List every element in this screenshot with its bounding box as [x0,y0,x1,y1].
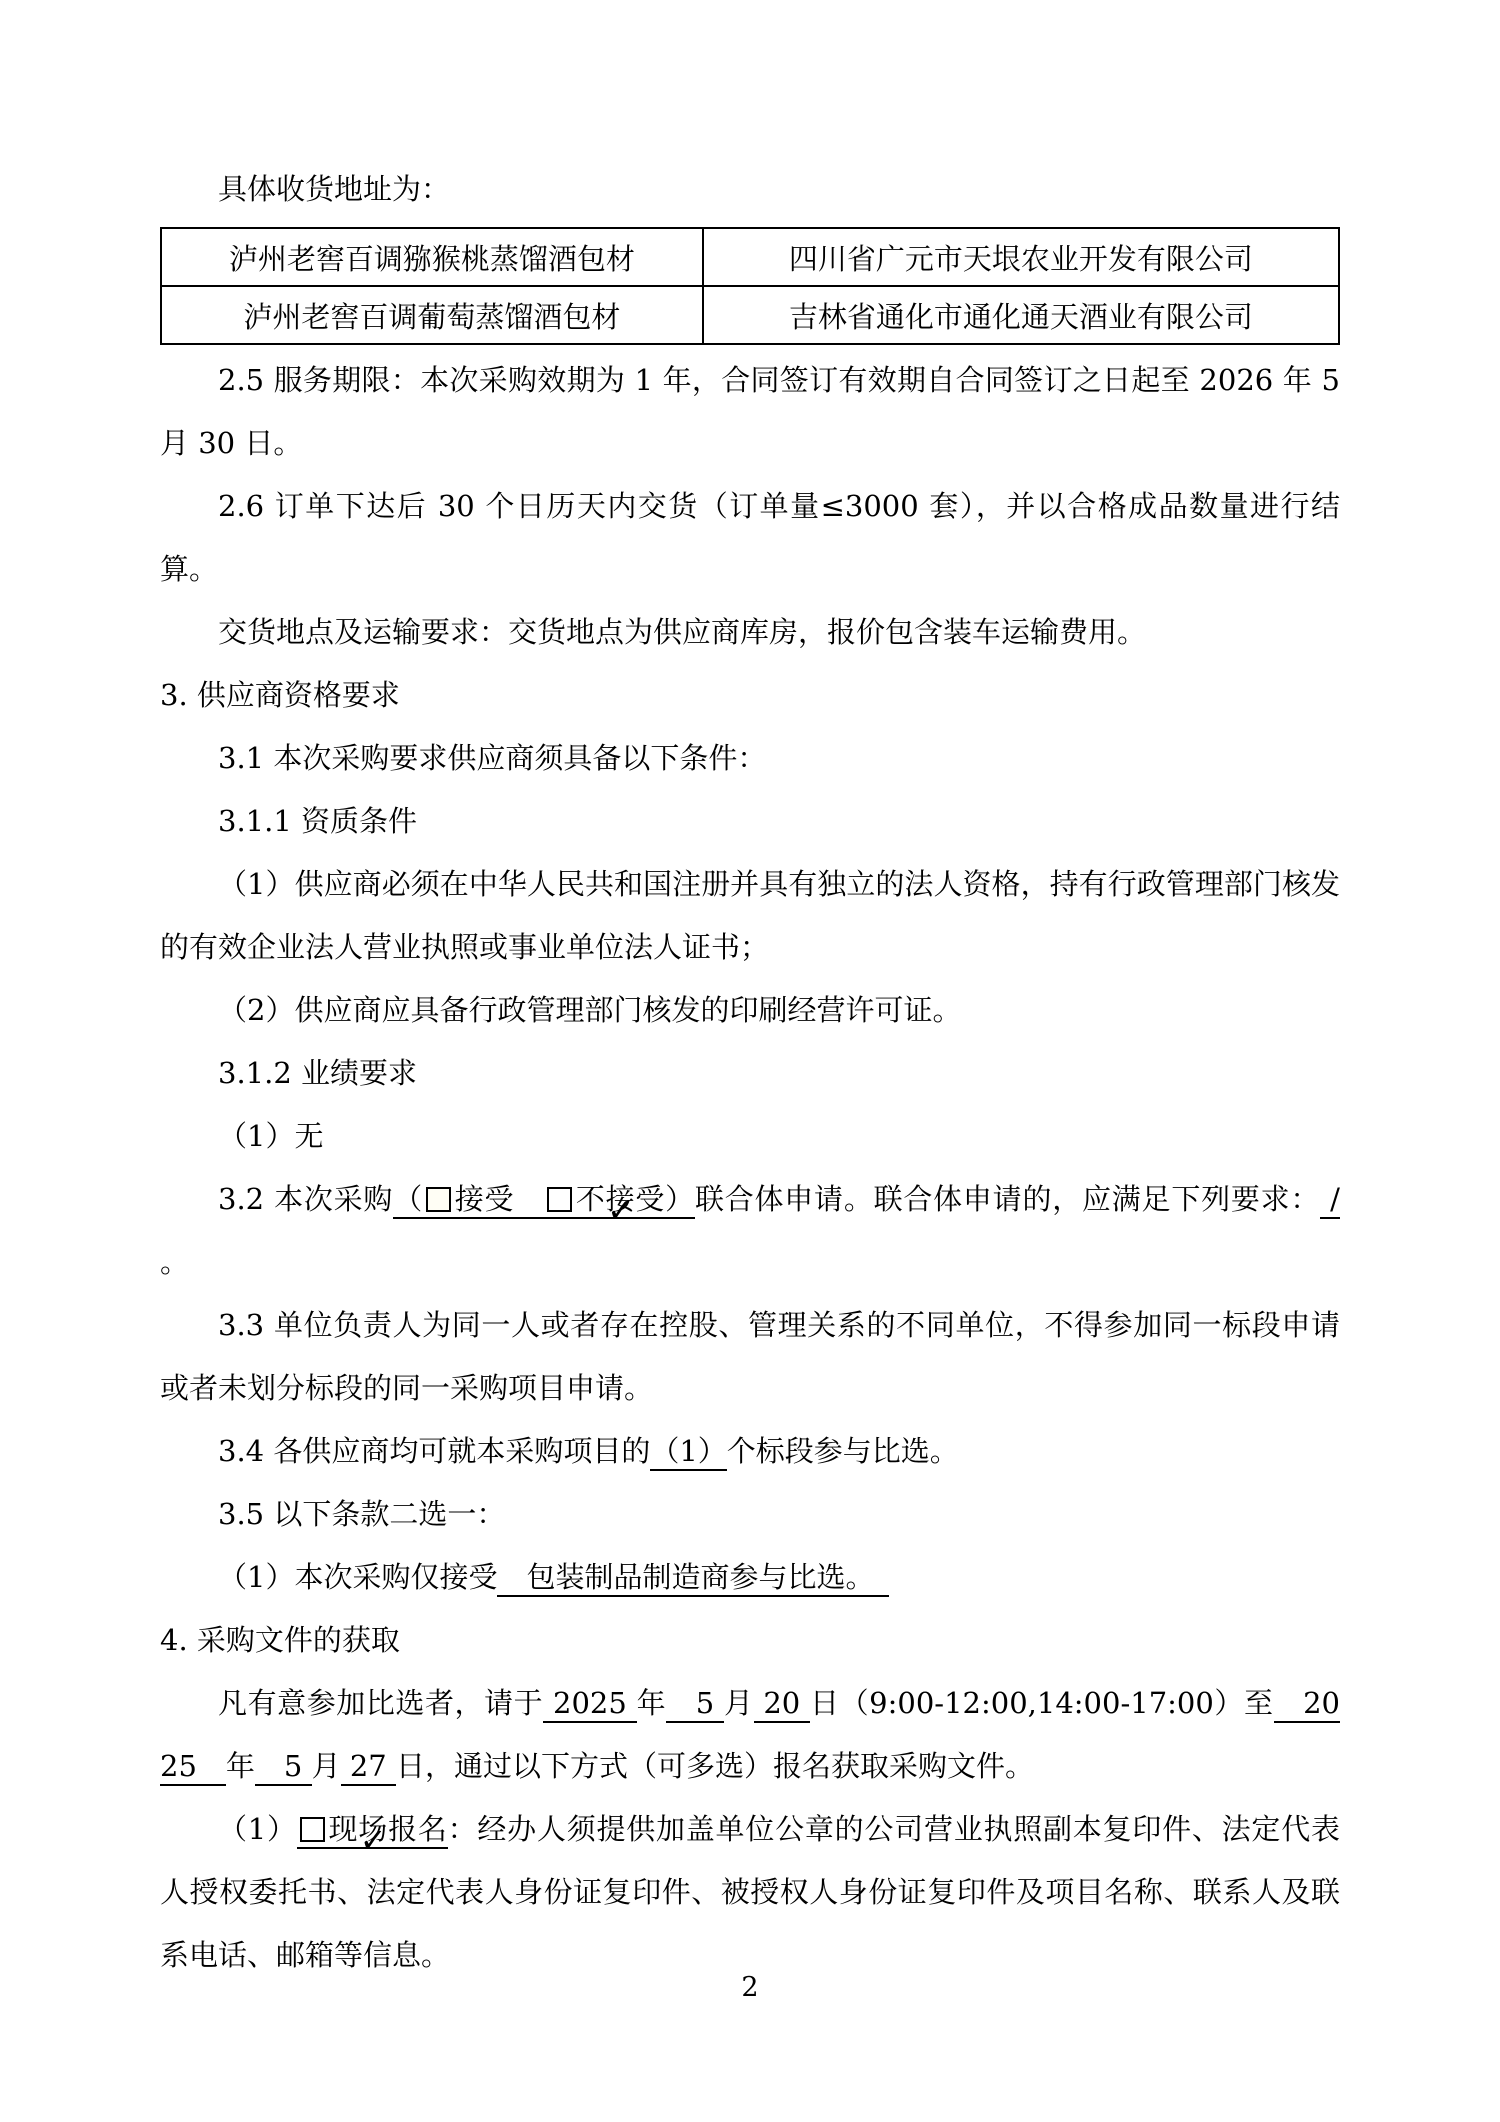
text-segment: 3.4 各供应商均可就本采购项目的 [218,1434,650,1468]
section-3-heading: 3. 供应商资格要求 [160,664,1340,727]
text-segment: 3.5 以下条款二选一： [218,1497,505,1531]
text-segment: 月 [724,1686,754,1720]
checked-checkbox-icon [300,1817,325,1842]
underlined-group: 现场报名 [297,1812,448,1849]
address-cell: 四川省广元市天垠农业开发有限公司 [703,228,1339,286]
text-segment: 年 [637,1686,667,1720]
para-3-1-1-item-1: （1）供应商必须在中华人民共和国注册并具有独立的法人资格，持有行政管理部门核发的… [160,853,1340,979]
text-segment: （1） [218,1812,297,1846]
delivery-address-table: 泸州老窖百调猕猴桃蒸馏酒包材四川省广元市天垠农业开发有限公司泸州老窖百调葡萄蒸馏… [160,227,1340,345]
text-segment: 3.2 本次采购 [218,1182,393,1216]
text-segment: 个标段参与比选。 [727,1434,959,1468]
underlined-text: 2025 [543,1686,636,1723]
para-3-4-bid-sections: 3.4 各供应商均可就本采购项目的（1）个标段参与比选。 [160,1420,1340,1483]
para-4-onsite-registration: （1）现场报名：经办人须提供加盖单位公章的公司营业执照副本复印件、法定代表人授权… [160,1798,1340,1987]
para-3-1-2: 3.1.2 业绩要求 [160,1042,1340,1105]
para-delivery-location: 交货地点及运输要求：交货地点为供应商库房，报价包含装车运输费用。 [160,601,1340,664]
text-segment: 凡有意参加比选者，请于 [218,1686,543,1720]
text-segment: 3.1 本次采购要求供应商须具备以下条件： [218,741,766,775]
para-4-registration-time: 凡有意参加比选者，请于 2025 年 5 月 20 日（9:00-12:00,1… [160,1672,1340,1798]
text-segment: 4. 采购文件的获取 [160,1623,400,1657]
item-cell: 泸州老窖百调葡萄蒸馏酒包材 [161,286,703,344]
text-segment: 3.1.2 业绩要求 [218,1056,417,1090]
underlined-group: （接受 不接受） [393,1182,695,1219]
para-address-intro: 具体收货地址为： [160,158,1340,221]
underlined-text: 5 [666,1686,724,1723]
underlined-text: 27 [341,1749,396,1786]
underlined-text: 20 [754,1686,810,1723]
para-3-3-same-responsible-person: 3.3 单位负责人为同一人或者存在控股、管理关系的不同单位，不得参加同一标段申请… [160,1294,1340,1420]
document-page: 具体收货地址为： 泸州老窖百调猕猴桃蒸馏酒包材四川省广元市天垠农业开发有限公司泸… [0,0,1500,2122]
para-3-1-1: 3.1.1 资质条件 [160,790,1340,853]
table-row: 泸州老窖百调葡萄蒸馏酒包材吉林省通化市通化通天酒业有限公司 [161,286,1339,344]
text-segment: （1）供应商必须在中华人民共和国注册并具有独立的法人资格，持有行政管理部门核发的… [160,867,1340,964]
text-segment: 接受 [454,1182,544,1216]
text-segment: 年 [226,1749,255,1783]
para-3-2-consortium: 3.2 本次采购（接受 不接受）联合体申请。联合体申请的，应满足下列要求： / … [160,1168,1340,1294]
text-segment: （1）无 [218,1119,323,1153]
unchecked-checkbox-icon [426,1187,451,1212]
para-3-5-choose-one: 3.5 以下条款二选一： [160,1483,1340,1546]
para-2-5-service-period: 2.5 服务期限：本次采购效期为 1 年，合同签订有效期自合同签订之日起至 20… [160,349,1340,475]
para-3-1-1-item-2: （2）供应商应具备行政管理部门核发的印刷经营许可证。 [160,979,1340,1042]
text-segment: 3. 供应商资格要求 [160,678,400,712]
delivery-address-table-body: 泸州老窖百调猕猴桃蒸馏酒包材四川省广元市天垠农业开发有限公司泸州老窖百调葡萄蒸馏… [161,228,1339,344]
text-segment: 联合体申请。联合体申请的，应满足下列要求： [695,1182,1320,1216]
table-row: 泸州老窖百调猕猴桃蒸馏酒包材四川省广元市天垠农业开发有限公司 [161,228,1339,286]
para-2-6-delivery-deadline: 2.6 订单下达后 30 个日历天内交货（订单量≤3000 套），并以合格成品数… [160,475,1340,601]
para-3-5-item-1: （1）本次采购仅接受 包装制品制造商参与比选。 [160,1546,1340,1609]
text-segment: 。 [160,1245,189,1279]
address-cell: 吉林省通化市通化通天酒业有限公司 [703,286,1339,344]
text-segment: 3.3 单位负责人为同一人或者存在控股、管理关系的不同单位，不得参加同一标段申请… [160,1308,1340,1405]
checked-checkbox-icon [547,1187,572,1212]
para-3-1: 3.1 本次采购要求供应商须具备以下条件： [160,727,1340,790]
underlined-text: 包装制品制造商参与比选。 [497,1560,889,1597]
text-segment: 2.6 订单下达后 30 个日历天内交货（订单量≤3000 套），并以合格成品数… [160,489,1340,586]
text-segment: 日（9:00-12:00,14:00-17:00）至 [810,1686,1273,1720]
underlined-text: / [1320,1182,1340,1219]
text-segment: 日，通过以下方式（可多选）报名获取采购文件。 [396,1749,1034,1783]
text-segment: 月 [312,1749,341,1783]
paragraphs: 2.5 服务期限：本次采购效期为 1 年，合同签订有效期自合同签订之日起至 20… [160,349,1340,1987]
text-segment: （1）本次采购仅接受 [218,1560,497,1594]
text-segment: 交货地点及运输要求：交货地点为供应商库房，报价包含装车运输费用。 [218,615,1146,649]
text-segment: 3.1.1 资质条件 [218,804,417,838]
item-cell: 泸州老窖百调猕猴桃蒸馏酒包材 [161,228,703,286]
underlined-text: （1） [650,1434,726,1471]
text-segment: （ [393,1182,423,1216]
underlined-text: 5 [255,1749,312,1786]
text-segment: （2）供应商应具备行政管理部门核发的印刷经营许可证。 [218,993,961,1027]
para-3-1-2-item-1: （1）无 [160,1105,1340,1168]
section-4-heading: 4. 采购文件的获取 [160,1609,1340,1672]
text-segment: 2.5 服务期限：本次采购效期为 1 年，合同签订有效期自合同签订之日起至 20… [160,363,1340,460]
page-number: 2 [0,1968,1500,2008]
